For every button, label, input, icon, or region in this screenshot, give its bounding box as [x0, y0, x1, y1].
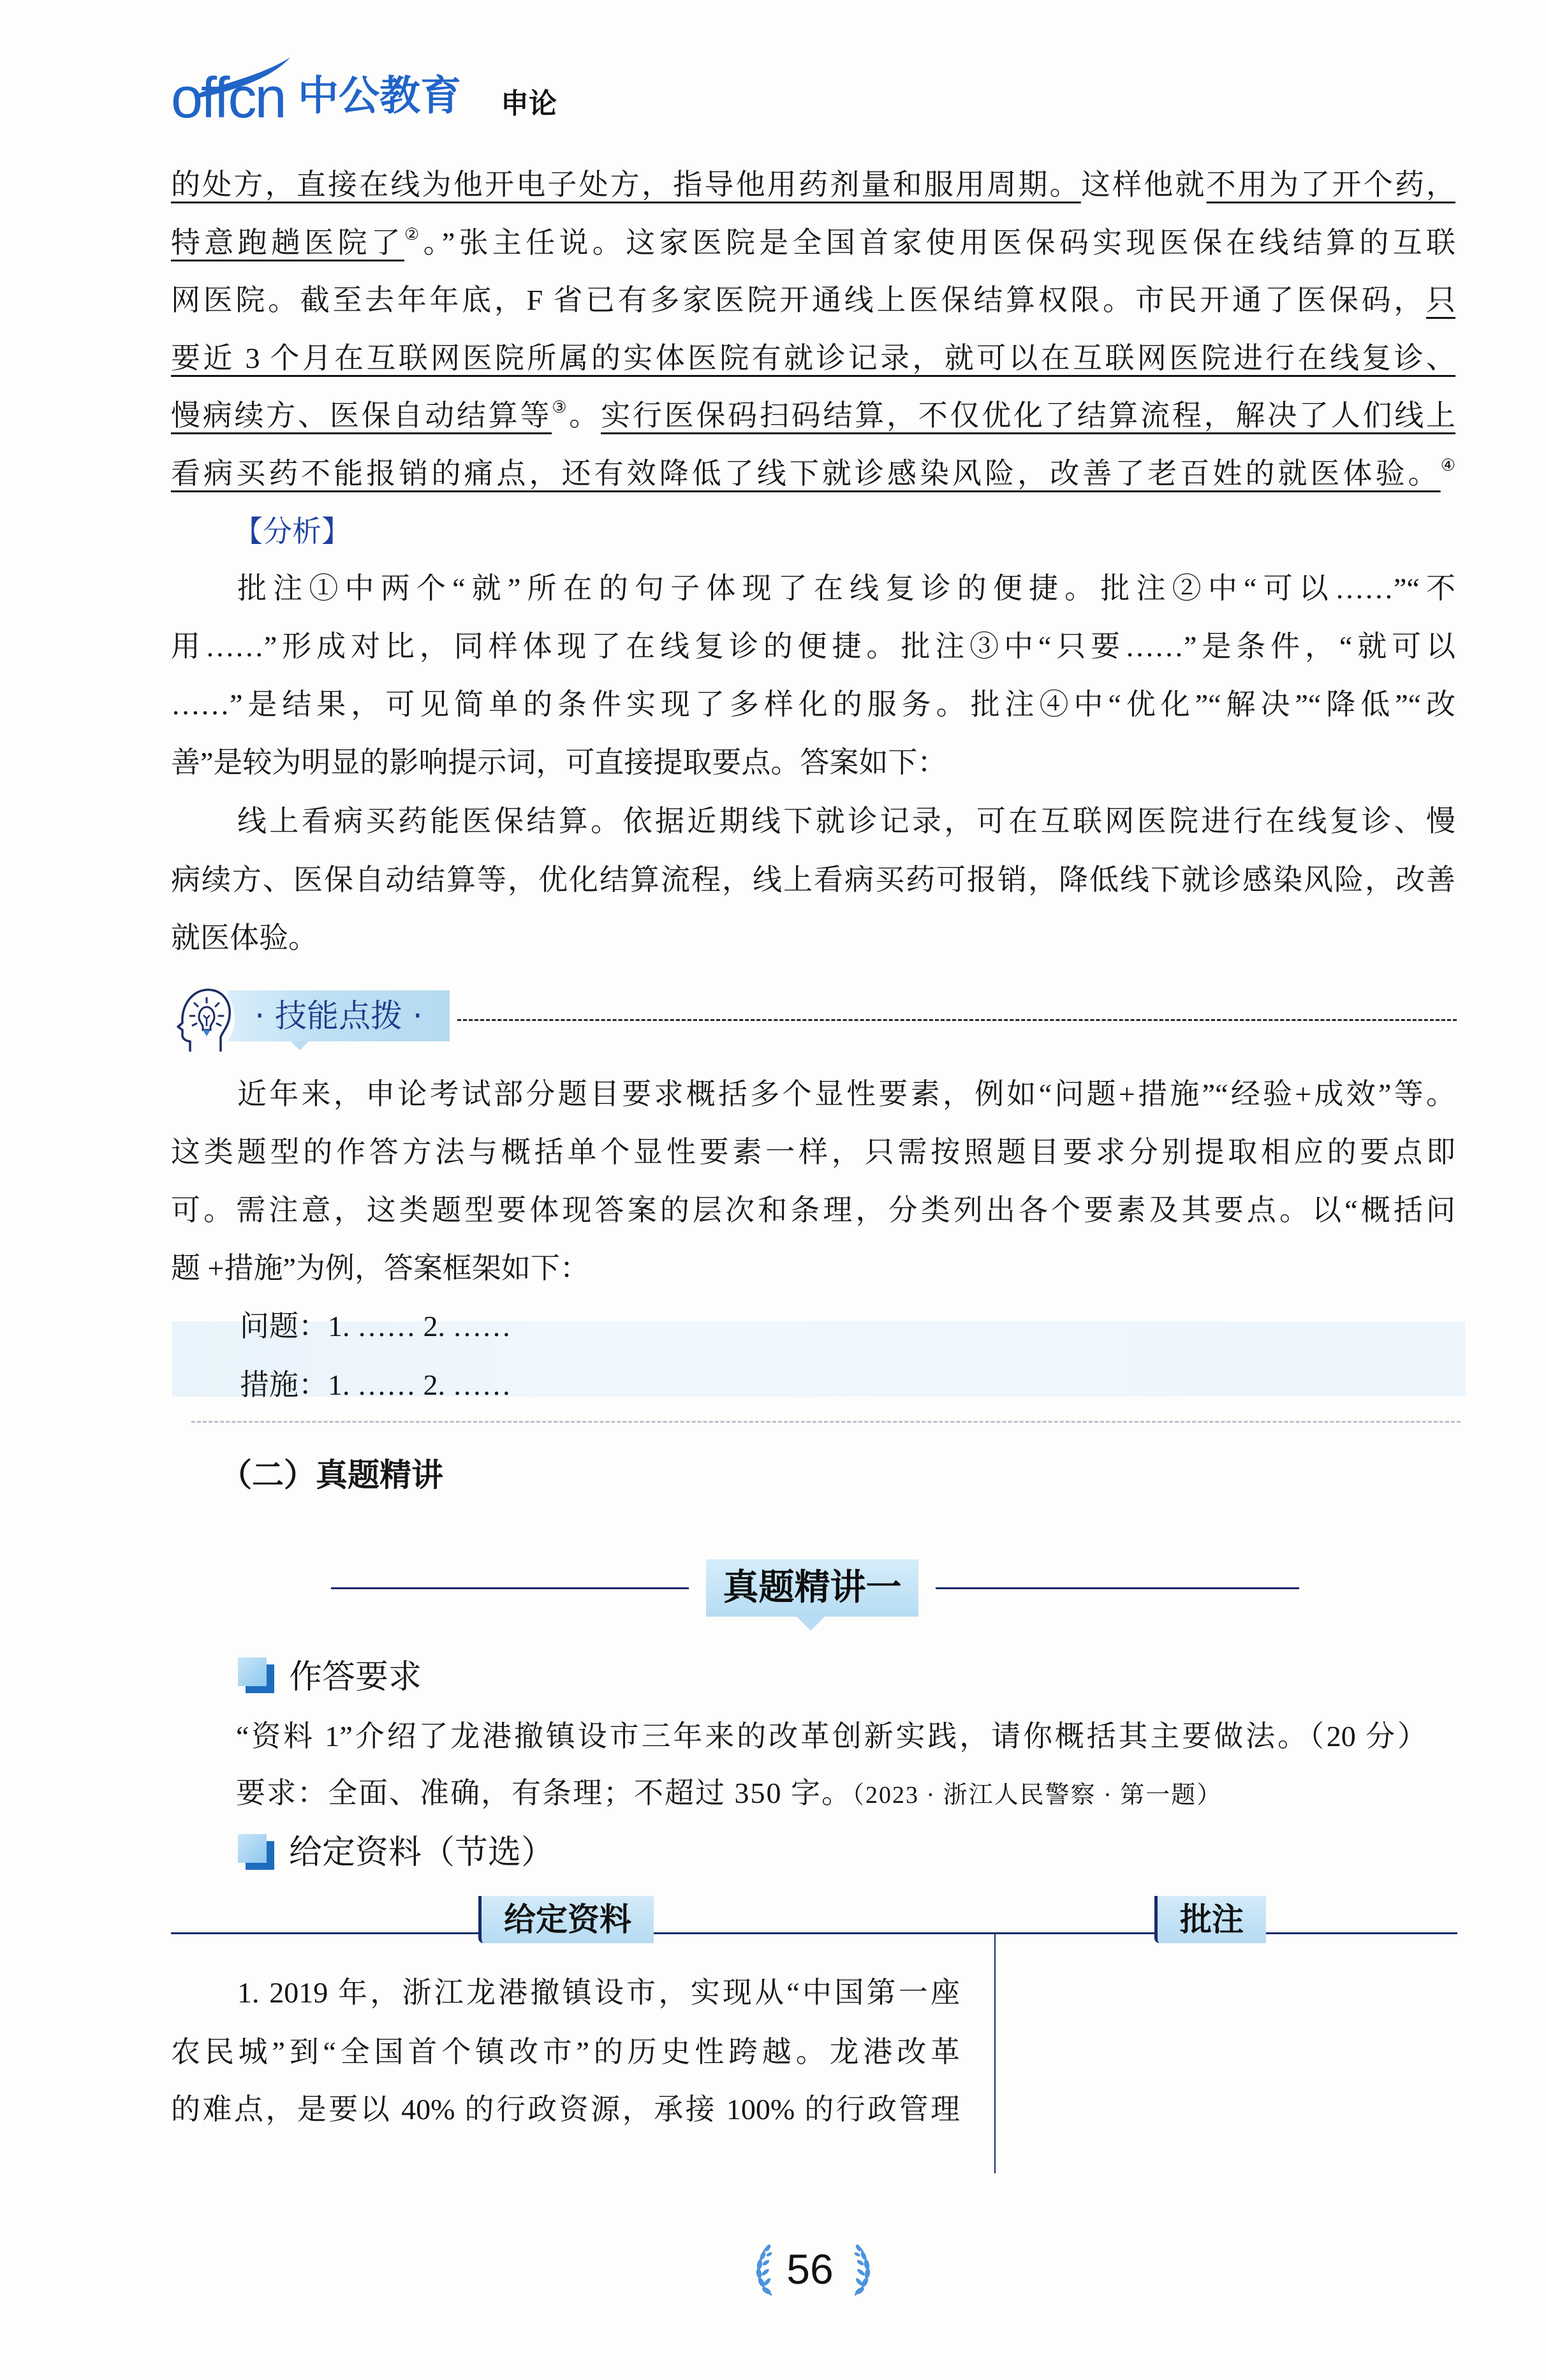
- skill-tip-badge: · 技能点拨 ·: [228, 990, 450, 1041]
- framework-row-problems: 问题：1. …… 2. ……: [240, 1307, 750, 1346]
- underlined-text: 看病买药不能报销的痛点，还有效降低了线下就诊感染风险，改善了老百姓的就医体验。: [171, 457, 1441, 490]
- materials-heading: 给定资料（节选）: [289, 1833, 554, 1872]
- passage-line: 的处方，直接在线为他开电子处方，指导他用药剂量和服用周期。这样他就不用为了开个药…: [171, 166, 1455, 204]
- page-number: 56: [778, 2245, 842, 2293]
- banner-line-left: [331, 1587, 689, 1589]
- column-header-material: 给定资料: [478, 1896, 654, 1943]
- brand-latin: offcn: [171, 70, 285, 127]
- annotation-marker: ②: [404, 225, 423, 244]
- brand-logo: offcn 中公教育: [171, 56, 477, 122]
- passage-line: 网医院。截至去年年底，F 省已有多家医院开通线上医保结算权限。市民开通了医保码，…: [171, 281, 1455, 320]
- banner-pointer: [797, 1617, 825, 1631]
- brand-chinese-name: 中公教育: [298, 75, 461, 117]
- analysis-heading: 【分析】: [233, 512, 425, 550]
- skill-tip-line: 这类题型的作答方法与概括单个显性要素一样，只需按照题目要求分别提取相应的要点即: [171, 1133, 1455, 1172]
- analysis-line: 善”是较为明显的影响提示词，可直接提取要点。答案如下：: [171, 744, 1455, 782]
- badge-pointer: [291, 1041, 309, 1050]
- answer-line: 病续方、医保自动结算等，优化结算流程，线上看病买药可报销，降低线下就诊感染风险，…: [171, 861, 1455, 899]
- underlined-text: 慢病续方、医保自动结算等: [171, 399, 552, 432]
- subject-label: 申论: [501, 89, 557, 119]
- section-title: （二）真题精讲: [220, 1456, 443, 1494]
- underlined-text: 要近 3 个月在互联网医院所属的实体医院有就诊记录，就可以在互联网医院进行在线复…: [171, 342, 1455, 374]
- dashed-divider: [191, 1421, 1461, 1423]
- underlined-text: 只: [1426, 284, 1455, 316]
- passage-line: 慢病续方、医保自动结算等③。实行医保码扫码结算，不仅优化了结算流程，解决了人们线…: [171, 397, 1455, 435]
- skill-tip-line: 题 +措施”为例，答案框架如下：: [171, 1249, 1455, 1288]
- analysis-line: ……”是结果，可见简单的条件实现了多样化的服务。批注④中“优化”“解决”“降低”…: [171, 686, 1455, 724]
- answer-line: 线上看病买药能医保结算。依据近期线下就诊记录，可在互联网医院进行在线复诊、慢: [171, 802, 1455, 841]
- text: 。”张主任说。这家医院是全国首家使用医保码实现医保在线结算的互联: [423, 226, 1455, 259]
- passage-line: 特意跑趟医院了②。”张主任说。这家医院是全国首家使用医保码实现医保在线结算的互联: [171, 224, 1455, 262]
- skill-tip-line: 可。需注意，这类题型要体现答案的层次和条理，分类列出各个要素及其要点。以“概括问: [171, 1191, 1455, 1230]
- answer-line: 就医体验。: [171, 919, 1455, 957]
- laurel-right-icon: [848, 2242, 874, 2296]
- framework-row-measures: 措施：1. …… 2. ……: [240, 1366, 750, 1404]
- question-source: （2023 · 浙江人民警察 · 第一题）: [852, 1782, 1222, 1809]
- underlined-text: 的处方，直接在线为他开电子处方，指导他用药剂量和服用周期。: [171, 168, 1081, 201]
- analysis-line: 批注①中两个“就”所在的句子体现了在线复诊的便捷。批注②中“可以……”“不: [171, 569, 1455, 608]
- dashed-divider: [457, 1019, 1457, 1021]
- square-bullet-icon: [238, 1834, 267, 1863]
- square-bullet-icon: [238, 1657, 267, 1686]
- question-text: “资料 1”介绍了龙港撤镇设市三年来的改革创新实践，请你概括其主要做法。（20 …: [236, 1717, 1427, 1756]
- annotation-marker: ④: [1441, 456, 1455, 474]
- column-header-annotation: 批注: [1154, 1896, 1266, 1943]
- head-lightbulb-icon: [173, 985, 235, 1054]
- text: 这样他就: [1081, 168, 1207, 201]
- material-line: 1. 2019 年，浙江龙港撤镇设市，实现从“中国第一座: [171, 1974, 960, 2012]
- column-divider: [994, 1933, 996, 2173]
- analysis-line: 用……”形成对比，同样体现了在线复诊的便捷。批注③中“只要……”是条件，“就可以: [171, 628, 1455, 666]
- underlined-text: 实行医保码扫码结算，不仅优化了结算流程，解决了人们线上: [601, 399, 1455, 432]
- material-line: 农民城”到“全国首个镇改市”的历史性跨越。龙港改革: [171, 2033, 960, 2071]
- text: 。: [569, 399, 601, 432]
- laurel-left-icon: [753, 2242, 778, 2296]
- requirement-line: 要求：全面、准确，有条理；不超过 350 字。（2023 · 浙江人民警察 · …: [236, 1774, 1320, 1812]
- skill-tip-line: 近年来，申论考试部分题目要求概括多个显性要素，例如“问题+措施”“经验+成效”等…: [171, 1075, 1455, 1113]
- banner-line-right: [936, 1587, 1299, 1589]
- requirement-text: 要求：全面、准确，有条理；不超过 350 字。: [236, 1777, 852, 1809]
- material-line: 的难点，是要以 40% 的行政资源，承接 100% 的行政管理: [171, 2090, 960, 2129]
- requirement-heading: 作答要求: [289, 1658, 422, 1696]
- underlined-text: 不用为了开个药，: [1207, 168, 1455, 201]
- underlined-text: 特意跑趟医院了: [171, 226, 404, 259]
- passage-line: 看病买药不能报销的痛点，还有效降低了线下就诊感染风险，改善了老百姓的就医体验。④: [171, 455, 1455, 493]
- annotation-marker: ③: [552, 398, 569, 416]
- text: 网医院。截至去年年底，F 省已有多家医院开通线上医保结算权限。市民开通了医保码，: [171, 284, 1426, 316]
- passage-line: 要近 3 个月在互联网医院所属的实体医院有就诊记录，就可以在互联网医院进行在线复…: [171, 339, 1455, 378]
- example-banner: 真题精讲一: [706, 1559, 918, 1617]
